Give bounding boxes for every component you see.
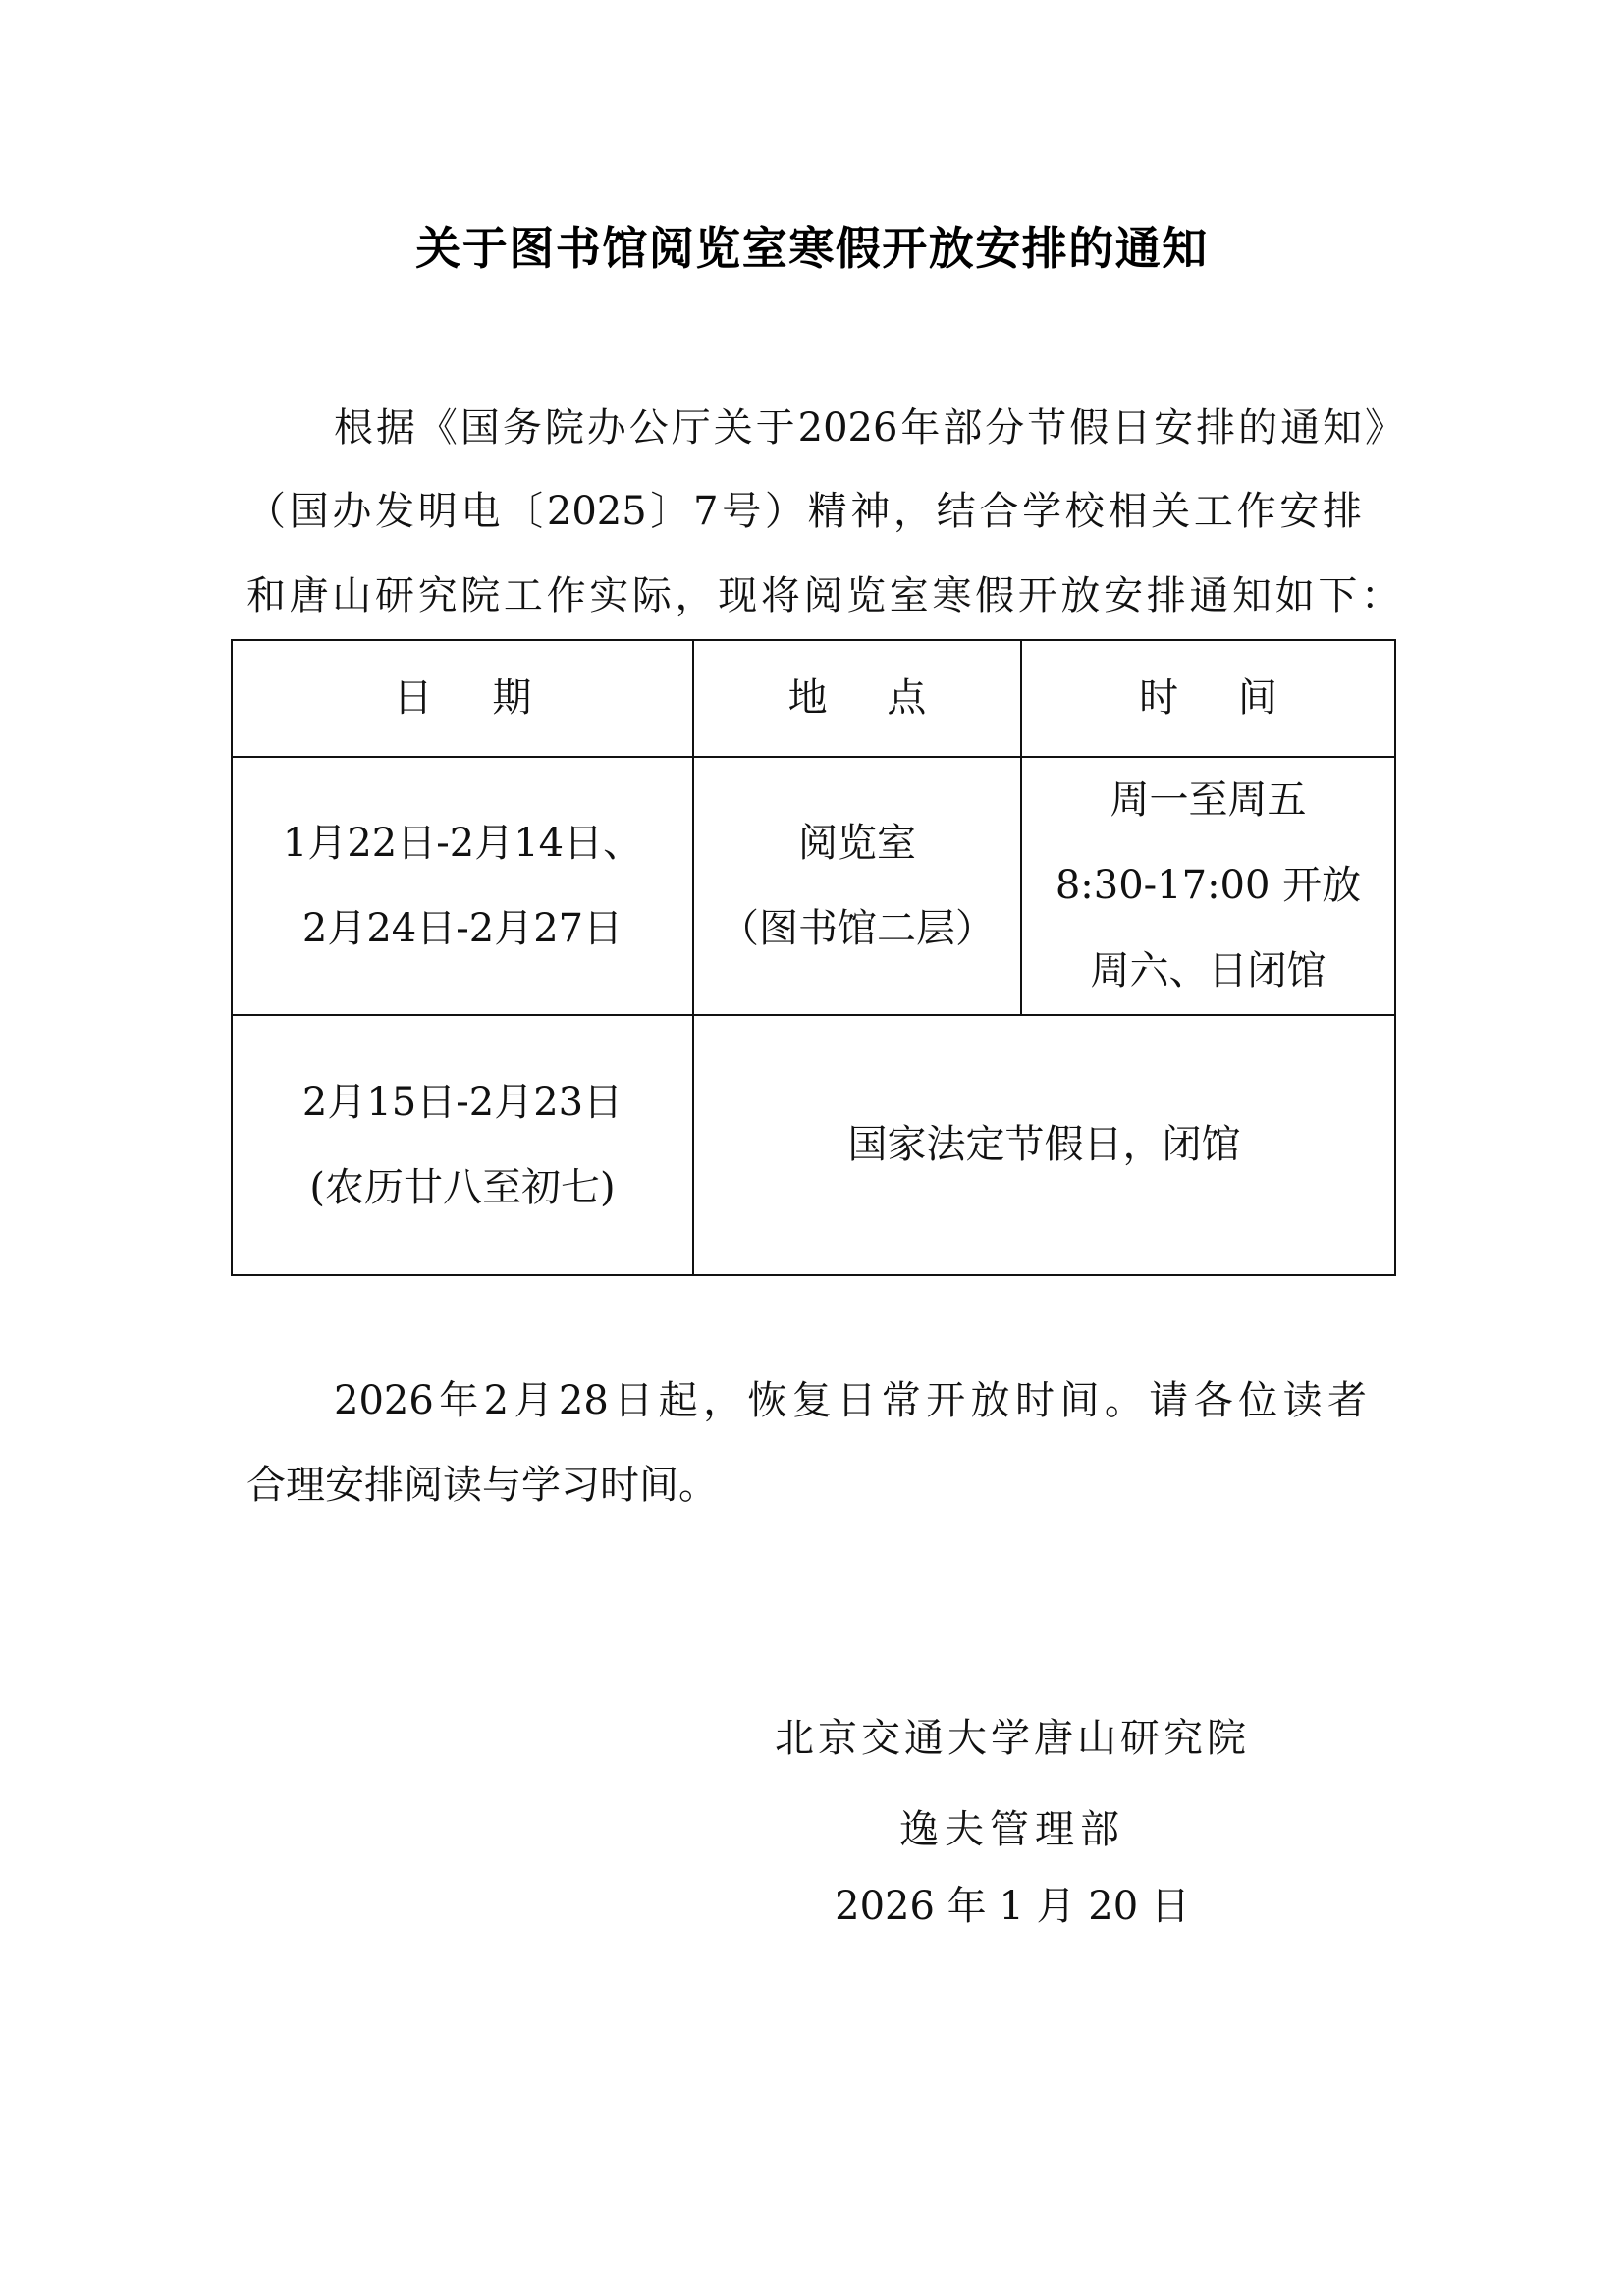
header-location: 地 点 xyxy=(693,640,1021,757)
cell-time: 周一至周五 8:30-17:00 开放 周六、日闭馆 xyxy=(1021,757,1395,1015)
signature-department: 逸夫管理部 xyxy=(0,1806,1624,1853)
table-header-row: 日 期 地 点 时 间 xyxy=(232,640,1395,757)
closing-paragraph-line-1: 2026年2月28日起，恢复日常开放时间。请各位读者 xyxy=(334,1377,1367,1424)
signature-date: 2026 年 1 月 20 日 xyxy=(0,1883,1624,1930)
header-date: 日 期 xyxy=(232,640,693,757)
intro-paragraph-line-1: 根据《国务院办公厅关于2026年部分节假日安排的通知》 xyxy=(334,404,1404,452)
table-row: 2月15日-2月23日 (农历廿八至初七) 国家法定节假日，闭馆 xyxy=(232,1015,1395,1275)
table-row: 1月22日-2月14日、 2月24日-2月27日 阅览室 （图书馆二层） 周一至… xyxy=(232,757,1395,1015)
intro-paragraph-line-3: 和唐山研究院工作实际，现将阅览室寒假开放安排通知如下： xyxy=(246,572,1400,619)
cell-date: 2月15日-2月23日 (农历廿八至初七) xyxy=(232,1015,693,1275)
cell-location: 阅览室 （图书馆二层） xyxy=(693,757,1021,1015)
document-title: 关于图书馆阅览室寒假开放安排的通知 xyxy=(0,218,1624,279)
cell-date: 1月22日-2月14日、 2月24日-2月27日 xyxy=(232,757,693,1015)
header-time: 时 间 xyxy=(1021,640,1395,757)
intro-paragraph-line-2: （国办发明电〔2025〕7号）精神，结合学校相关工作安排 xyxy=(246,488,1362,535)
closing-paragraph-line-2: 合理安排阅读与学习时间。 xyxy=(246,1462,718,1509)
schedule-table: 日 期 地 点 时 间 1月22日-2月14日、 2月24日-2月27日 阅览室… xyxy=(231,639,1396,1276)
document-page: 关于图书馆阅览室寒假开放安排的通知 根据《国务院办公厅关于2026年部分节假日安… xyxy=(0,0,1624,2296)
signature-organization: 北京交通大学唐山研究院 xyxy=(0,1715,1624,1762)
cell-holiday-note: 国家法定节假日，闭馆 xyxy=(693,1015,1395,1275)
